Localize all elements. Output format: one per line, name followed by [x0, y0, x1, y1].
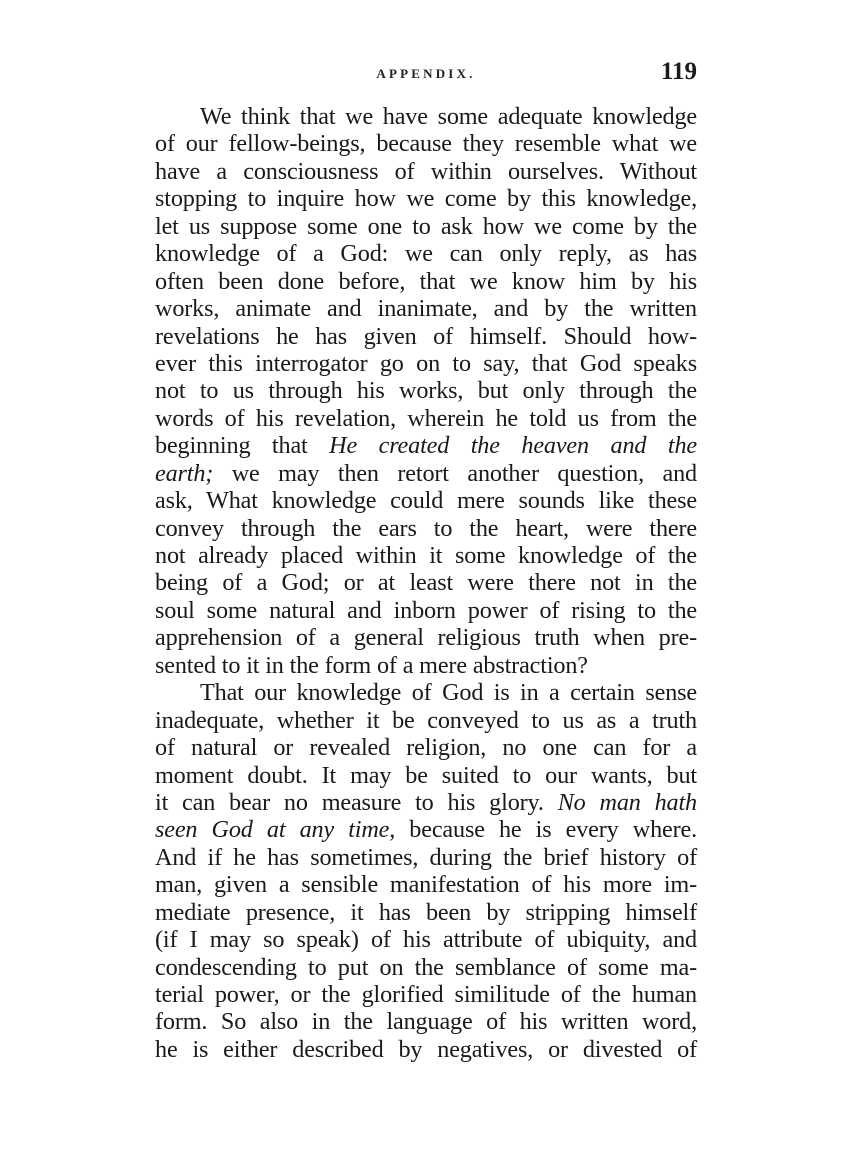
text-line: ask, What knowledge could mere sounds li… [155, 487, 697, 514]
text-line: And if he has sometimes, during the brie… [155, 844, 697, 871]
text-line: inadequate, whether it be conveyed to us… [155, 707, 697, 734]
text-line: seen God at any time, because he is ever… [155, 816, 697, 843]
text-segment: not already placed within it some knowle… [155, 542, 697, 569]
text-segment: form. So also in the language of his wri… [155, 1008, 697, 1035]
text-segment: ask, What knowledge could mere sounds li… [155, 487, 697, 514]
text-line: moment doubt. It may be suited to our wa… [155, 762, 697, 789]
text-segment: we may then retort another question, and [213, 460, 697, 487]
text-line: of natural or revealed religion, no one … [155, 734, 697, 761]
running-head: APPENDIX. 119 [155, 58, 697, 88]
text-segment: words of his revelation, wherein he told… [155, 405, 697, 432]
body-text: We think that we have some adequate know… [155, 103, 697, 1063]
paragraph: We think that we have some adequate know… [155, 103, 697, 679]
text-line: mediate presence, it has been by strippi… [155, 899, 697, 926]
text-line: earth; we may then retort another questi… [155, 460, 697, 487]
text-line: of our fellow-beings, because they resem… [155, 130, 697, 157]
text-segment: stopping to inquire how we come by this … [155, 185, 697, 212]
text-line: sented to it in the form of a mere abstr… [155, 652, 697, 679]
text-segment: condescending to put on the semblance of… [155, 954, 697, 981]
text-line: let us suppose some one to ask how we co… [155, 213, 697, 240]
text-segment: beginning that [155, 432, 329, 459]
text-line: works, animate and inanimate, and by the… [155, 295, 697, 322]
text-segment: terial power, or the glorified similitud… [155, 981, 697, 1008]
italic-quote: No man hath [558, 789, 697, 816]
text-segment: knowledge of a God: we can only reply, a… [155, 240, 697, 267]
text-segment: revelations he has given of himself. Sho… [155, 323, 697, 350]
italic-quote: earth; [155, 460, 213, 487]
text-segment: have a consciousness of within ourselves… [155, 158, 697, 185]
text-segment: moment doubt. It may be suited to our wa… [155, 762, 697, 789]
text-line: condescending to put on the semblance of… [155, 954, 697, 981]
text-segment: he is either described by negatives, or … [155, 1036, 697, 1063]
text-line: beginning that He created the heaven and… [155, 432, 697, 459]
text-line: not already placed within it some knowle… [155, 542, 697, 569]
text-segment: because he is every where. [395, 816, 697, 843]
text-line: convey through the ears to the heart, we… [155, 515, 697, 542]
text-line: form. So also in the language of his wri… [155, 1008, 697, 1035]
text-line: often been done before, that we know him… [155, 268, 697, 295]
text-segment: works, animate and inanimate, and by the… [155, 295, 697, 322]
text-line: ever this interrogator go on to say, tha… [155, 350, 697, 377]
text-line: not to us through his works, but only th… [155, 377, 697, 404]
text-segment: often been done before, that we know him… [155, 268, 697, 295]
text-line: knowledge of a God: we can only reply, a… [155, 240, 697, 267]
text-line: terial power, or the glorified similitud… [155, 981, 697, 1008]
text-segment: convey through the ears to the heart, we… [155, 515, 697, 542]
text-segment: We think that we have some adequate know… [200, 103, 697, 130]
text-segment: That our knowledge of God is in a certai… [200, 679, 697, 706]
text-segment: let us suppose some one to ask how we co… [155, 213, 697, 240]
text-segment: mediate presence, it has been by strippi… [155, 899, 697, 926]
text-line: it can bear no measure to his glory. No … [155, 789, 697, 816]
text-segment: of natural or revealed religion, no one … [155, 734, 697, 761]
text-line: (if I may so speak) of his attribute of … [155, 926, 697, 953]
text-segment: (if I may so speak) of his attribute of … [155, 926, 697, 953]
text-segment: sented to it in the form of a mere abstr… [155, 652, 588, 679]
text-segment: of our fellow-beings, because they resem… [155, 130, 697, 157]
text-line: words of his revelation, wherein he told… [155, 405, 697, 432]
text-line: That our knowledge of God is in a certai… [155, 679, 697, 706]
running-title: APPENDIX. [155, 66, 697, 82]
text-line: stopping to inquire how we come by this … [155, 185, 697, 212]
paragraph: That our knowledge of God is in a certai… [155, 679, 697, 1063]
text-segment: apprehension of a general religious trut… [155, 624, 697, 651]
text-segment: soul some natural and inborn power of ri… [155, 597, 697, 624]
italic-quote: seen God at any time, [155, 816, 395, 843]
text-segment: And if he has sometimes, during the brie… [155, 844, 697, 871]
italic-quote: He created the heaven and the [329, 432, 697, 459]
text-line: soul some natural and inborn power of ri… [155, 597, 697, 624]
text-line: he is either described by negatives, or … [155, 1036, 697, 1063]
text-segment: inadequate, whether it be conveyed to us… [155, 707, 697, 734]
text-line: man, given a sensible manifestation of h… [155, 871, 697, 898]
text-segment: it can bear no measure to his glory. [155, 789, 558, 816]
text-segment: ever this interrogator go on to say, tha… [155, 350, 697, 377]
text-segment: man, given a sensible manifestation of h… [155, 871, 697, 898]
book-page: APPENDIX. 119 We think that we have some… [0, 0, 850, 1150]
text-line: apprehension of a general religious trut… [155, 624, 697, 651]
text-line: being of a God; or at least were there n… [155, 569, 697, 596]
text-line: have a consciousness of within ourselves… [155, 158, 697, 185]
text-segment: not to us through his works, but only th… [155, 377, 697, 404]
text-line: We think that we have some adequate know… [155, 103, 697, 130]
text-line: revelations he has given of himself. Sho… [155, 323, 697, 350]
page-number: 119 [661, 58, 697, 86]
text-segment: being of a God; or at least were there n… [155, 569, 697, 596]
